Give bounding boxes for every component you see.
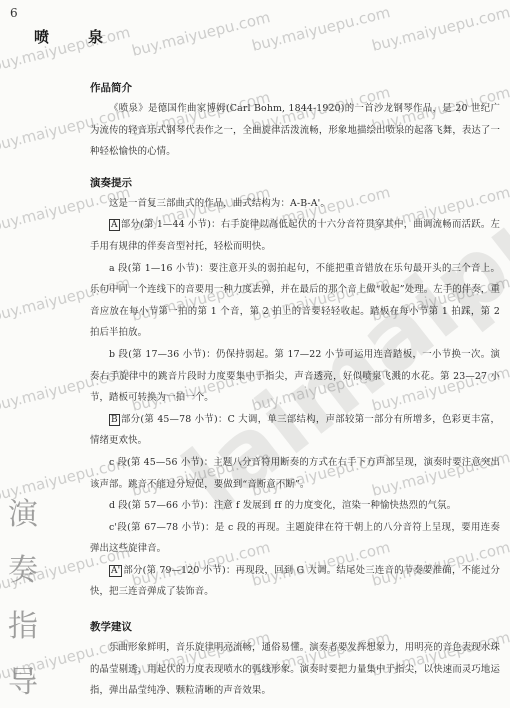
section-heading-teaching: 教学建议 bbox=[90, 617, 500, 637]
watermark: buy.maiyuepu.com bbox=[130, 8, 272, 60]
part-a-prime-paragraph: A'部分(第 79—120 小节)：再现段，回到 G 大调。结尾处三连音的节奏要… bbox=[90, 560, 500, 603]
page-number: 6 bbox=[10, 6, 18, 20]
page-content: 作品简介 《喷泉》是德国作曲家博姆(Carl Bohm, 1844-1920)的… bbox=[90, 78, 500, 702]
section-heading-performance: 演奏提示 bbox=[90, 173, 500, 193]
watermark: buy.maiyuepu.com bbox=[250, 3, 392, 55]
watermark: buy.maiyuepu.com bbox=[370, 3, 510, 55]
part-b-text: 部分(第 45—78 小节)：C 大调，单三部结构，声部较第一部分有所增多，色彩… bbox=[90, 414, 500, 447]
intro-paragraph: 《喷泉》是德国作曲家博姆(Carl Bohm, 1844-1920)的一首沙龙钢… bbox=[90, 98, 500, 163]
side-char: 导 bbox=[5, 655, 41, 708]
part-b-box-label: B bbox=[109, 414, 120, 426]
part-a-paragraph: A部分(第 1—44 小节)：右手旋律以高低起伏的十六分音符贯穿其中，曲调流畅而… bbox=[90, 214, 500, 257]
part-b-paragraph: B部分(第 45—78 小节)：C 大调，单三部结构，声部较第一部分有所增多，色… bbox=[90, 409, 500, 452]
form-structure-paragraph: 这是一首复三部曲式的作品，曲式结构为：A-B-A'。 bbox=[90, 193, 500, 215]
segment-d-paragraph: d 段(第 57—66 小节)：注意 f 发展到 ff 的力度变化，渲染一种愉快… bbox=[90, 495, 500, 517]
section-heading-intro: 作品简介 bbox=[90, 78, 500, 98]
part-a-prime-box-label: A' bbox=[109, 565, 122, 577]
side-vertical-label: 演 奏 指 导 bbox=[5, 487, 41, 708]
side-char: 指 bbox=[5, 599, 41, 655]
teaching-paragraph: 乐曲形象鲜明，音乐旋律明亮流畅，通俗易懂。演奏者要发挥想象力，用明亮的音色表现水… bbox=[90, 637, 500, 702]
piece-title: 喷 泉 bbox=[34, 26, 115, 47]
side-char: 演 bbox=[5, 487, 41, 543]
segment-c-prime-paragraph: c'段(第 67—78 小节)：是 c 段的再现。主题旋律在符干朝上的八分音符上… bbox=[90, 517, 500, 560]
part-a-box-label: A bbox=[109, 219, 120, 231]
segment-a-paragraph: a 段(第 1—16 小节)：要注意开头的弱拍起句，不能把重音错放在乐句最开头的… bbox=[90, 258, 500, 344]
part-a-text: 部分(第 1—44 小节)：右手旋律以高低起伏的十六分音符贯穿其中，曲调流畅而活… bbox=[90, 219, 500, 252]
side-char: 奏 bbox=[5, 543, 41, 599]
segment-c-paragraph: c 段(第 45—56 小节)：主题八分音符用断奏的方式在右手下方声部呈现，演奏… bbox=[90, 452, 500, 495]
segment-b-paragraph: b 段(第 17—36 小节)：仍保持弱起。第 17—22 小节可运用连音踏板，… bbox=[90, 344, 500, 409]
part-a-prime-text: 部分(第 79—120 小节)：再现段，回到 G 大调。结尾处三连音的节奏要准确… bbox=[90, 565, 500, 598]
